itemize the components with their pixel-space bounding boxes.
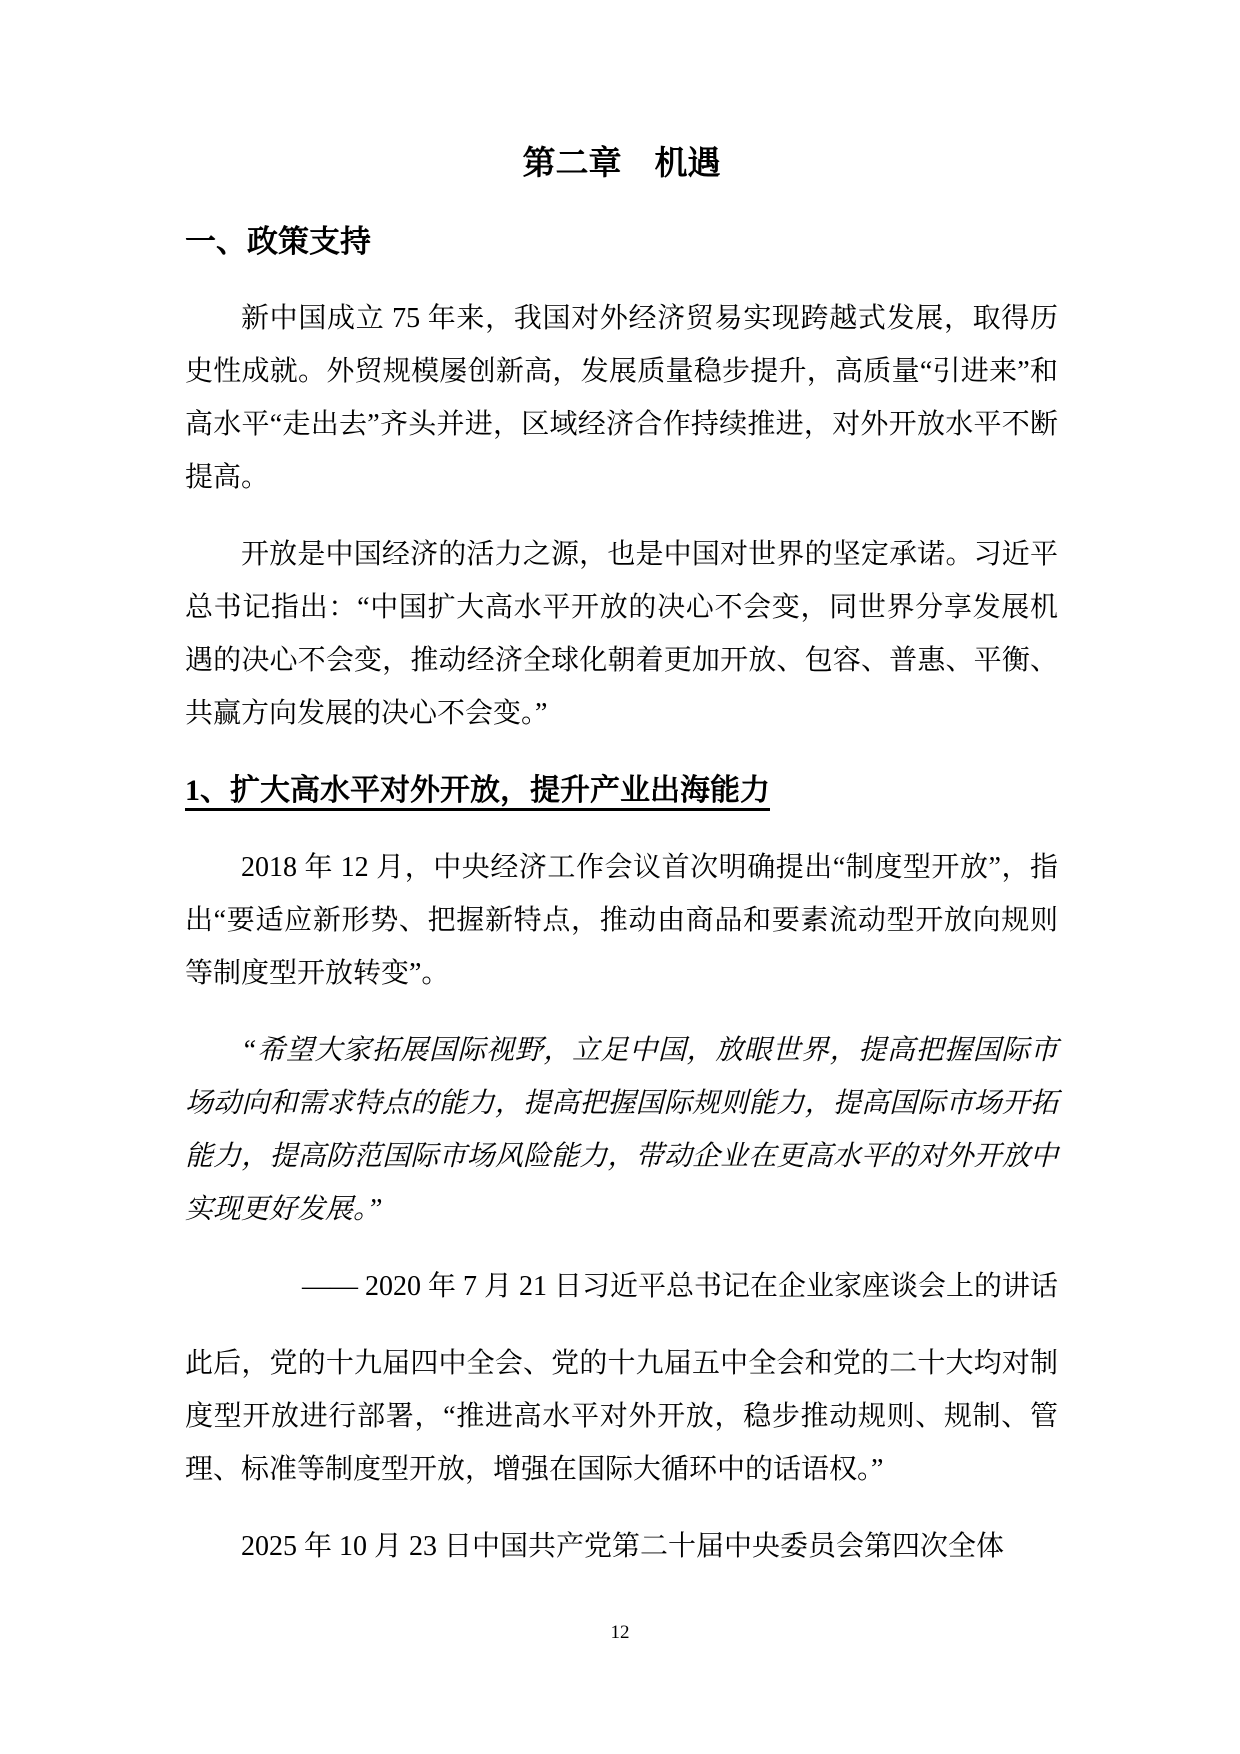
paragraph-fourth-plenary-session: 2025 年 10 月 23 日中国共产党第二十届中央委员会第四次全体 <box>185 1520 1058 1573</box>
chapter-title: 第二章 机遇 <box>185 138 1058 191</box>
paragraph-plenary-deployment: 此后，党的十九届四中全会、党的十九届五中全会和党的二十大均对制度型开放进行部署，… <box>185 1337 1058 1496</box>
page-number: 12 <box>0 1620 1240 1646</box>
section-heading-policy-support: 一、政策支持 <box>185 215 1058 268</box>
subsection-heading-expand-opening: 1、扩大高水平对外开放，提升产业出海能力 <box>185 764 1058 817</box>
quote-attribution: —— 2020 年 7 月 21 日习近平总书记在企业家座谈会上的讲话 <box>185 1260 1058 1313</box>
paragraph-institutional-opening: 2018 年 12 月，中央经济工作会议首次明确提出“制度型开放”，指出“要适应… <box>185 841 1058 1000</box>
paragraph-foreign-trade-achievements: 新中国成立 75 年来，我国对外经济贸易实现跨越式发展，取得历史性成就。外贸规模… <box>185 292 1058 504</box>
paragraph-opening-commitment: 开放是中国经济的活力之源，也是中国对世界的坚定承诺。习近平总书记指出：“中国扩大… <box>185 528 1058 740</box>
quote-paragraph: “希望大家拓展国际视野，立足中国，放眼世界，提高把握国际市场动向和需求特点的能力… <box>185 1024 1058 1236</box>
document-page: 第二章 机遇 一、政策支持 新中国成立 75 年来，我国对外经济贸易实现跨越式发… <box>0 0 1240 1754</box>
